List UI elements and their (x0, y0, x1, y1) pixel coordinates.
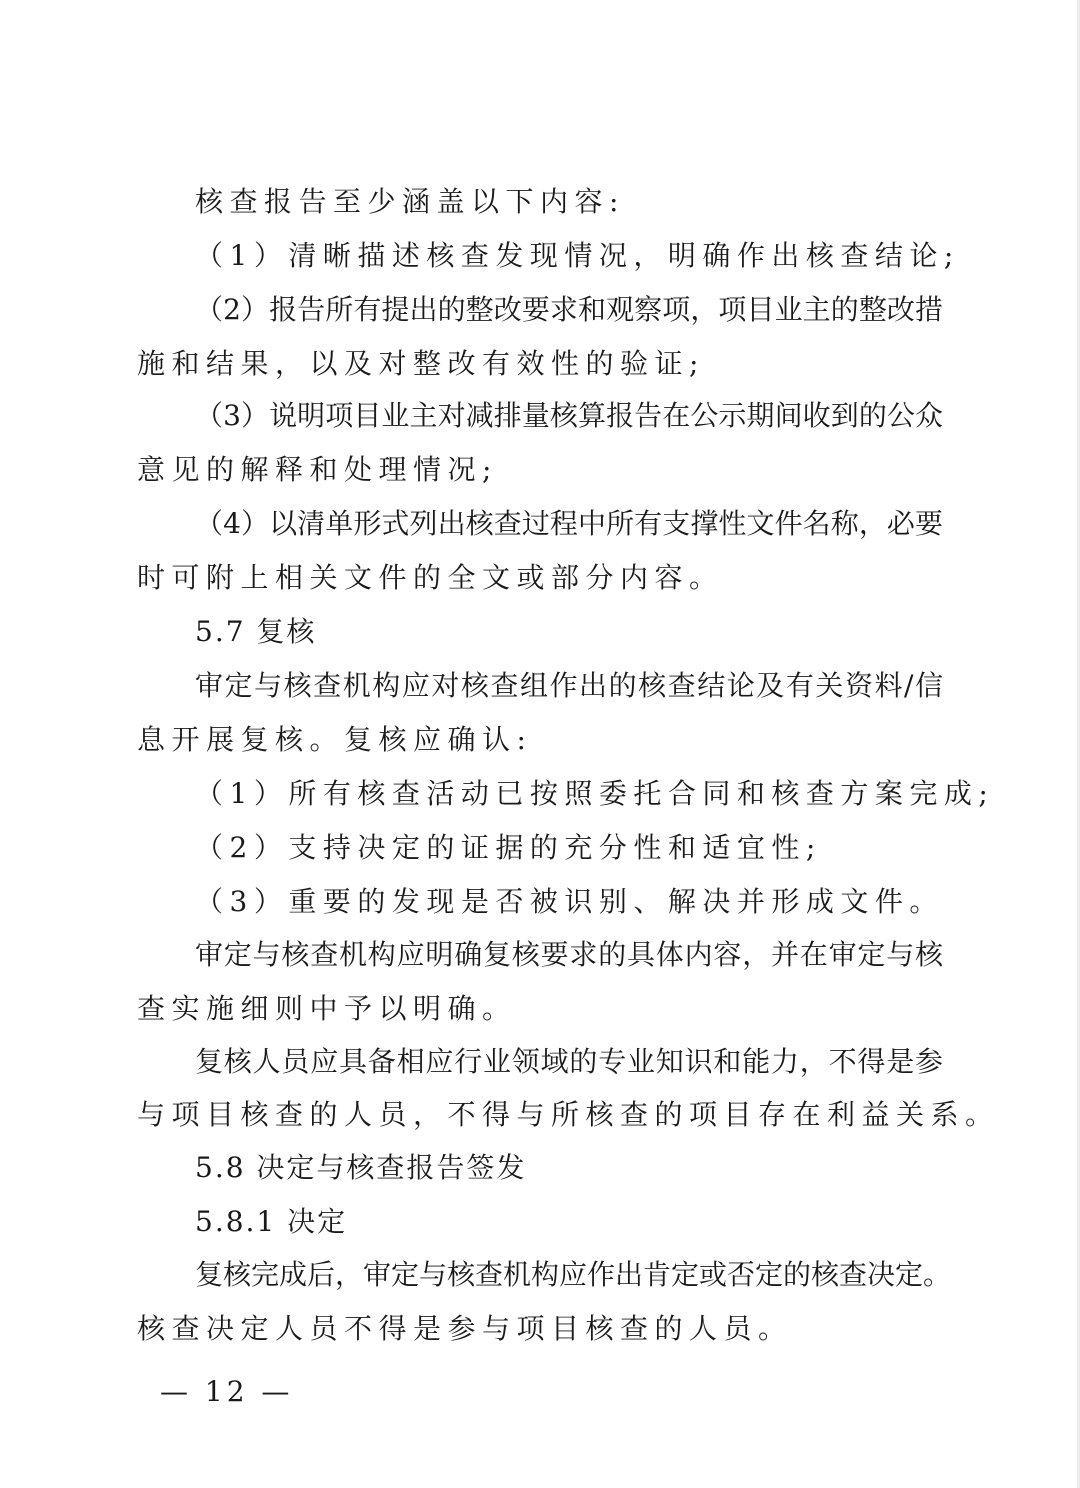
line-1: 核查报告至少涵盖以下内容: (195, 182, 943, 222)
line-8: 时可附上相关文件的全文或部分内容。 (137, 558, 943, 598)
line-5: （3）说明项目业主对减排量核算报告在公示期间收到的公众 (195, 396, 943, 436)
line-15: 审定与核查机构应明确复核要求的具体内容，并在审定与核 (195, 935, 943, 975)
line-3: （2）报告所有提出的整改要求和观察项，项目业主的整改措 (195, 290, 943, 330)
line-11: 息开展复核。复核应确认: (137, 720, 943, 760)
line-10: 审定与核查机构应对核查组作出的核查结论及有关资料/信 (195, 666, 943, 706)
line-12: （1）所有核查活动已按照委托合同和核查方案完成; (195, 774, 943, 814)
line-17: 复核人员应具备相应行业领域的专业知识和能力，不得是参 (195, 1042, 943, 1082)
page-number: — 12 — (160, 1372, 293, 1412)
line-16: 查实施细则中予以明确。 (137, 989, 943, 1029)
line-22: 核查决定人员不得是参与项目核查的人员。 (137, 1309, 943, 1349)
line-7: （4）以清单形式列出核查过程中所有支撑性文件名称，必要 (195, 504, 943, 544)
section-heading-5-8-1: 5.8.1 决定 (195, 1202, 943, 1242)
section-heading-5-8: 5.8 决定与核查报告签发 (195, 1148, 943, 1188)
line-14: （3）重要的发现是否被识别、解决并形成文件。 (195, 882, 943, 922)
line-21: 复核完成后，审定与核查机构应作出肯定或否定的核查决定。 (195, 1255, 943, 1295)
line-13: （2）支持决定的证据的充分性和适宜性; (195, 828, 943, 868)
section-heading-5-7: 5.7 复核 (195, 612, 943, 652)
line-4: 施和结果，以及对整改有效性的验证; (137, 344, 943, 384)
line-18: 与项目核查的人员，不得与所核查的项目存在利益关系。 (137, 1095, 943, 1135)
line-6: 意见的解释和处理情况; (137, 450, 943, 490)
line-2: （1）清晰描述核查发现情况，明确作出核查结论; (195, 236, 943, 276)
document-page: 核查报告至少涵盖以下内容: （1）清晰描述核查发现情况，明确作出核查结论; （2… (0, 0, 1080, 1488)
